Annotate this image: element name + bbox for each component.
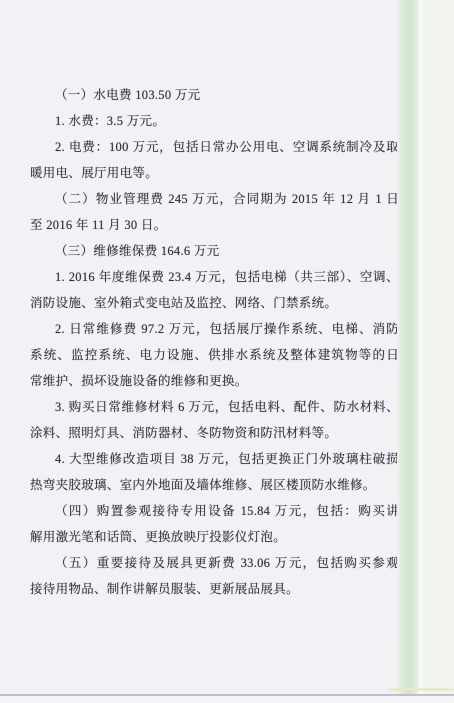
text-line: 2. 日常维修费 97.2 万元，包括展厅操作系统、电梯、消防 xyxy=(30,316,399,342)
text-line: 解用激光笔和话筒、更换放映厅投影仪灯泡。 xyxy=(30,524,399,550)
document-text: （一）水电费 103.50 万元1. 水费：3.5 万元。2. 电费：100 万… xyxy=(30,82,399,602)
green-binding-strip xyxy=(397,0,420,703)
text-line: 涂料、照明灯具、消防器材、冬防物资和防汛材料等。 xyxy=(30,420,399,446)
text-line: （五）重要接待及展具更新费 33.06 万元，包括购买参观 xyxy=(30,550,399,576)
text-line: （一）水电费 103.50 万元 xyxy=(30,82,399,108)
text-line: 暖用电、展厅用电等。 xyxy=(30,160,399,186)
text-line: （四）购置参观接待专用设备 15.84 万元，包括：购买讲 xyxy=(30,498,399,524)
text-line: 1. 水费：3.5 万元。 xyxy=(30,108,399,134)
text-line: 4. 大型维修改造项目 38 万元，包括更换正门外玻璃柱破损 xyxy=(30,446,399,472)
text-line: 接待用物品、制作讲解员服装、更新展品展具。 xyxy=(30,576,399,602)
text-line: 3. 购买日常维修材料 6 万元，包括电料、配件、防水材料、 xyxy=(30,394,399,420)
text-line: 常维护、损坏设施设备的维修和更换。 xyxy=(30,368,399,394)
text-line: 1. 2016 年度维保费 23.4 万元，包括电梯（共三部）、空调、 xyxy=(30,264,399,290)
adjacent-page-edge xyxy=(420,0,454,703)
text-line: 2. 电费：100 万元，包括日常办公用电、空调系统制冷及取 xyxy=(30,134,399,160)
text-line: 消防设施、室外箱式变电站及监控、网络、门禁系统。 xyxy=(30,290,399,316)
text-line: （三）维修维保费 164.6 万元 xyxy=(30,238,399,264)
text-line: 热弯夹胶玻璃、室内外地面及墙体维修、展区楼顶防水维修。 xyxy=(30,472,399,498)
scan-margin-below-edge xyxy=(0,696,454,703)
page-corner-accent xyxy=(388,688,454,691)
text-line: 至 2016 年 11 月 30 日。 xyxy=(30,212,399,238)
scanned-page: （一）水电费 103.50 万元1. 水费：3.5 万元。2. 电费：100 万… xyxy=(0,0,454,703)
text-line: 系统、监控系统、电力设施、供排水系统及整体建筑物等的日 xyxy=(30,342,399,368)
text-line: （二）物业管理费 245 万元，合同期为 2015 年 12 月 1 日 xyxy=(30,186,399,212)
